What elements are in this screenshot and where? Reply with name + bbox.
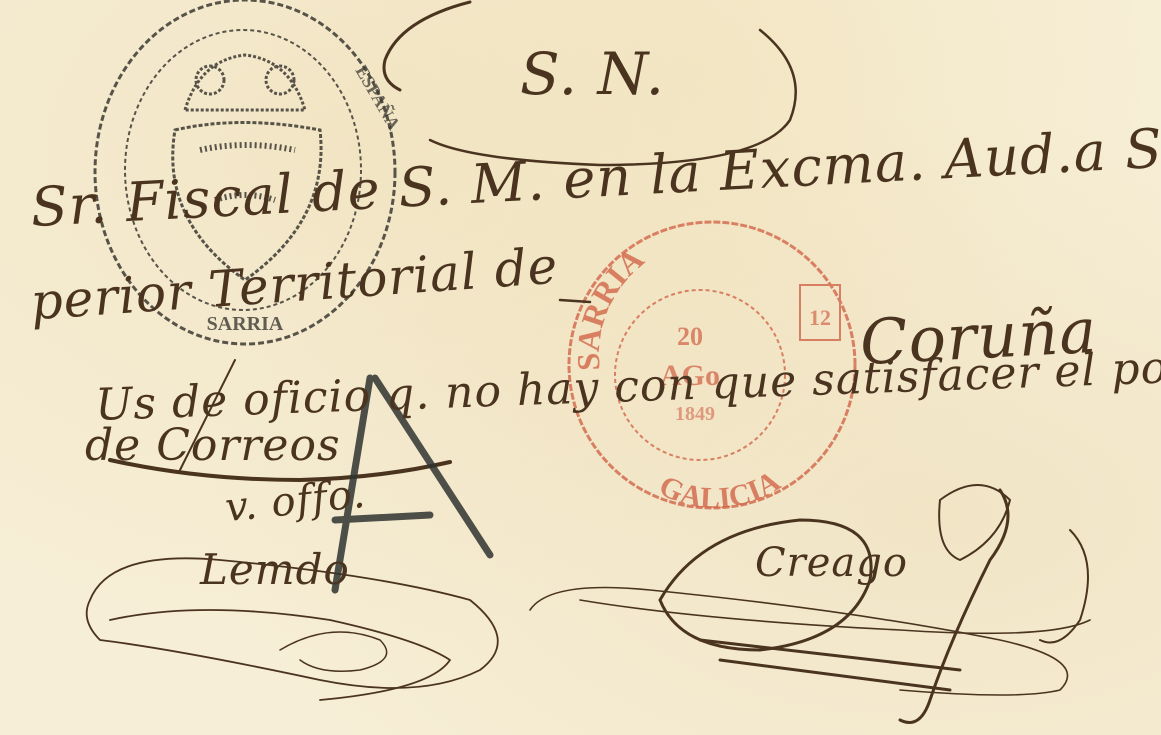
signature-left: Lemdo bbox=[200, 545, 350, 594]
address-line-4: de Correos bbox=[85, 420, 341, 471]
signature-right: Creago bbox=[755, 540, 908, 586]
header-mark-sn: S. N. bbox=[520, 40, 665, 108]
postal-cover: SARRIA ESPAÑA SARRIA GALICIA 20 AGo 1849… bbox=[0, 0, 1161, 735]
